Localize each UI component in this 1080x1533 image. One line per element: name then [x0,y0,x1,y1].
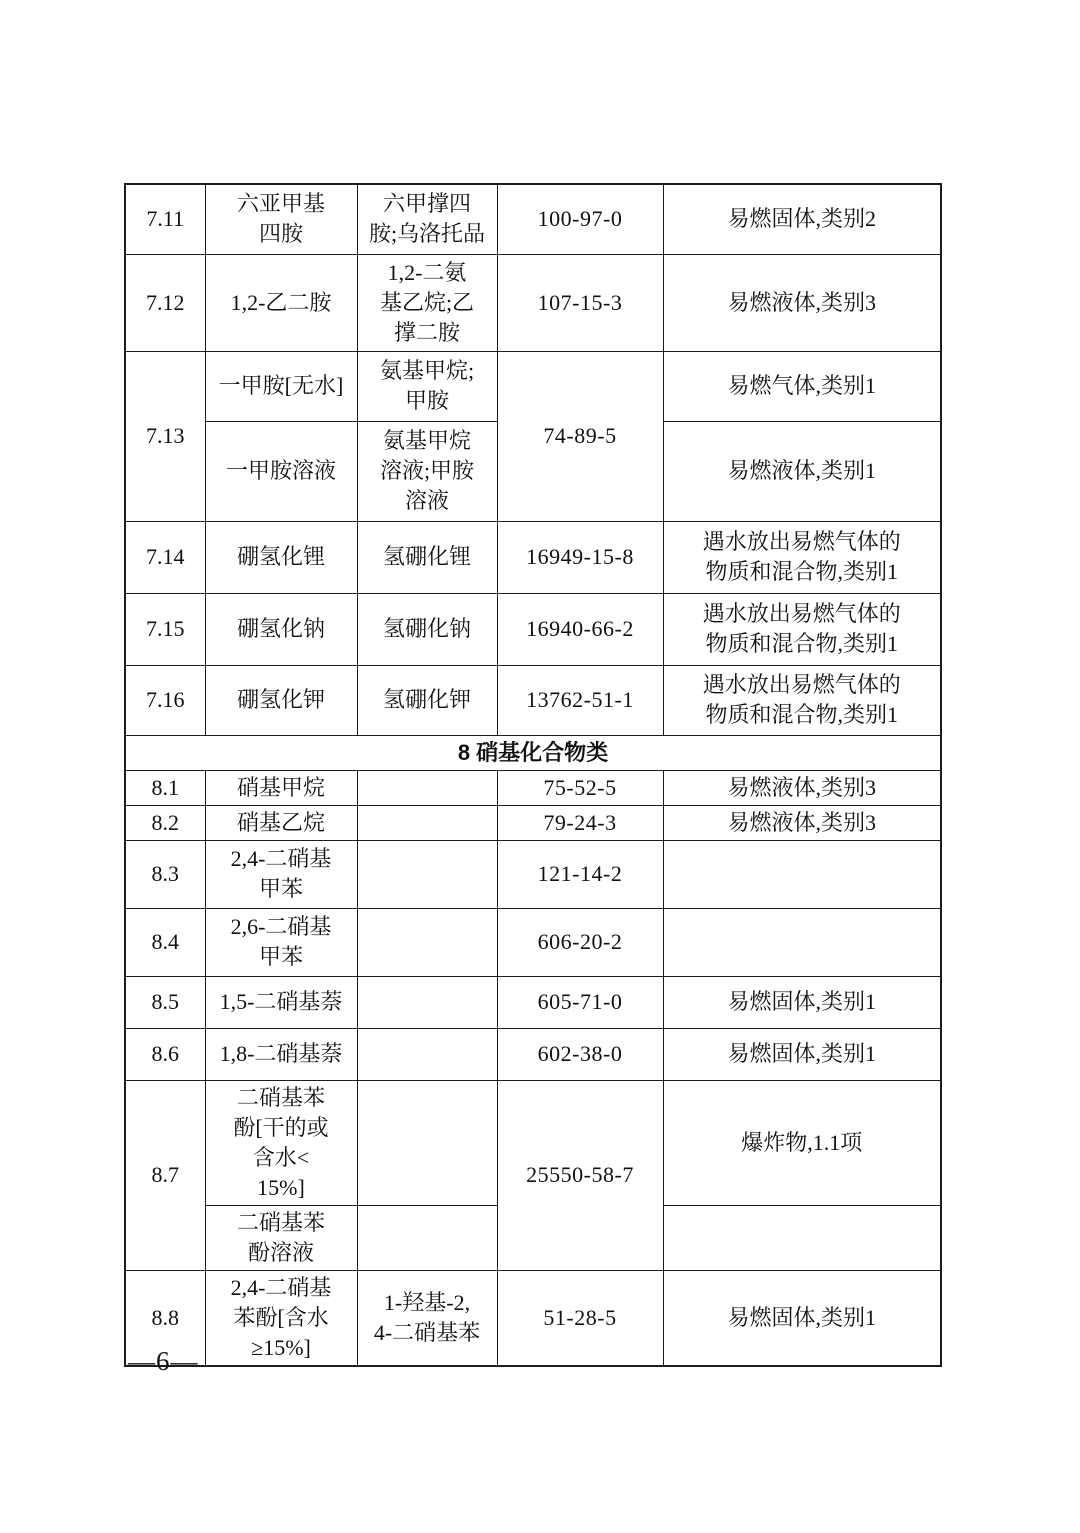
table-row: 7.13 一甲胺[无水] 氨基甲烷; 甲胺 74-89-5 易燃气体,类别1 [125,351,941,421]
cell-name: 硼氢化钠 [205,593,357,665]
cell-hazard [663,840,941,908]
cell-alias: 1,2-二氨 基乙烷;乙 撑二胺 [357,254,497,351]
cell-alias [357,976,497,1028]
cell-seq: 8.3 [125,840,205,908]
cell-alias [357,840,497,908]
table-row: 8.5 1,5-二硝基萘 605-71-0 易燃固体,类别1 [125,976,941,1028]
page-number: —6— [128,1346,199,1377]
cell-alias: 氨基甲烷 溶液;甲胺 溶液 [357,421,497,521]
table-row: 7.14 硼氢化锂 氢硼化锂 16949-15-8 遇水放出易燃气体的 物质和混… [125,521,941,593]
cell-seq: 7.16 [125,665,205,735]
table-row: 8.7 二硝基苯 酚[干的或 含水< 15%] 25550-58-7 爆炸物,1… [125,1080,941,1205]
table-row: 8.6 1,8-二硝基萘 602-38-0 易燃固体,类别1 [125,1028,941,1080]
section-header: 8 硝基化合物类 [125,735,941,770]
cell-hazard: 遇水放出易燃气体的 物质和混合物,类别1 [663,593,941,665]
cell-cas: 74-89-5 [497,351,663,521]
cell-name: 2,4-二硝基 苯酚[含水 ≥15%] [205,1270,357,1366]
cell-cas: 100-97-0 [497,184,663,254]
cell-cas: 606-20-2 [497,908,663,976]
cell-name: 一甲胺[无水] [205,351,357,421]
cell-hazard: 爆炸物,1.1项 [663,1080,941,1205]
cell-cas: 79-24-3 [497,805,663,840]
cell-alias: 六甲撑四 胺;乌洛托品 [357,184,497,254]
cell-alias [357,770,497,805]
cell-alias [357,1080,497,1205]
cell-name: 硼氢化钾 [205,665,357,735]
cell-name: 二硝基苯 酚[干的或 含水< 15%] [205,1080,357,1205]
cell-alias [357,1028,497,1080]
cell-cas: 16949-15-8 [497,521,663,593]
cell-seq: 8.6 [125,1028,205,1080]
table-row: 8.8 2,4-二硝基 苯酚[含水 ≥15%] 1-羟基-2, 4-二硝基苯 5… [125,1270,941,1366]
cell-seq: 8.4 [125,908,205,976]
cell-alias: 氨基甲烷; 甲胺 [357,351,497,421]
cell-name: 2,6-二硝基 甲苯 [205,908,357,976]
cell-hazard: 易燃气体,类别1 [663,351,941,421]
table-row: 8.2 硝基乙烷 79-24-3 易燃液体,类别3 [125,805,941,840]
cell-alias [357,1205,497,1270]
cell-hazard [663,1205,941,1270]
cell-alias: 1-羟基-2, 4-二硝基苯 [357,1270,497,1366]
cell-cas: 51-28-5 [497,1270,663,1366]
document-page: 7.11 六亚甲基 四胺 六甲撑四 胺;乌洛托品 100-97-0 易燃固体,类… [0,0,1080,1533]
table-row: 7.16 硼氢化钾 氢硼化钾 13762-51-1 遇水放出易燃气体的 物质和混… [125,665,941,735]
cell-cas: 25550-58-7 [497,1080,663,1270]
cell-hazard: 遇水放出易燃气体的 物质和混合物,类别1 [663,665,941,735]
cell-seq: 7.12 [125,254,205,351]
cell-alias: 氢硼化钾 [357,665,497,735]
cell-name: 1,2-乙二胺 [205,254,357,351]
section-header-row: 8 硝基化合物类 [125,735,941,770]
cell-name: 二硝基苯 酚溶液 [205,1205,357,1270]
cell-seq: 7.14 [125,521,205,593]
table-row: 7.12 1,2-乙二胺 1,2-二氨 基乙烷;乙 撑二胺 107-15-3 易… [125,254,941,351]
cell-name: 1,5-二硝基萘 [205,976,357,1028]
cell-hazard: 易燃固体,类别1 [663,976,941,1028]
cell-alias: 氢硼化锂 [357,521,497,593]
cell-hazard: 易燃固体,类别1 [663,1028,941,1080]
table-row: 8.4 2,6-二硝基 甲苯 606-20-2 [125,908,941,976]
cell-cas: 121-14-2 [497,840,663,908]
cell-alias: 氢硼化钠 [357,593,497,665]
cell-cas: 13762-51-1 [497,665,663,735]
cell-hazard: 遇水放出易燃气体的 物质和混合物,类别1 [663,521,941,593]
table-row: 7.11 六亚甲基 四胺 六甲撑四 胺;乌洛托品 100-97-0 易燃固体,类… [125,184,941,254]
cell-seq: 7.13 [125,351,205,521]
cell-cas: 16940-66-2 [497,593,663,665]
cell-hazard [663,908,941,976]
cell-name: 六亚甲基 四胺 [205,184,357,254]
cell-seq: 8.2 [125,805,205,840]
cell-seq: 8.7 [125,1080,205,1270]
cell-name: 硼氢化锂 [205,521,357,593]
cell-hazard: 易燃液体,类别3 [663,254,941,351]
cell-seq: 8.1 [125,770,205,805]
cell-name: 硝基乙烷 [205,805,357,840]
hazardous-chemicals-table: 7.11 六亚甲基 四胺 六甲撑四 胺;乌洛托品 100-97-0 易燃固体,类… [124,183,942,1367]
table-row: 7.15 硼氢化钠 氢硼化钠 16940-66-2 遇水放出易燃气体的 物质和混… [125,593,941,665]
cell-hazard: 易燃固体,类别1 [663,1270,941,1366]
cell-name: 2,4-二硝基 甲苯 [205,840,357,908]
cell-cas: 107-15-3 [497,254,663,351]
cell-name: 硝基甲烷 [205,770,357,805]
cell-seq: 7.11 [125,184,205,254]
cell-hazard: 易燃固体,类别2 [663,184,941,254]
cell-alias [357,908,497,976]
cell-cas: 605-71-0 [497,976,663,1028]
cell-seq: 8.5 [125,976,205,1028]
table-row: 8.3 2,4-二硝基 甲苯 121-14-2 [125,840,941,908]
cell-name: 1,8-二硝基萘 [205,1028,357,1080]
cell-cas: 602-38-0 [497,1028,663,1080]
cell-hazard: 易燃液体,类别3 [663,805,941,840]
cell-hazard: 易燃液体,类别1 [663,421,941,521]
cell-hazard: 易燃液体,类别3 [663,770,941,805]
cell-cas: 75-52-5 [497,770,663,805]
table-row: 8.1 硝基甲烷 75-52-5 易燃液体,类别3 [125,770,941,805]
cell-alias [357,805,497,840]
cell-seq: 7.15 [125,593,205,665]
cell-name: 一甲胺溶液 [205,421,357,521]
